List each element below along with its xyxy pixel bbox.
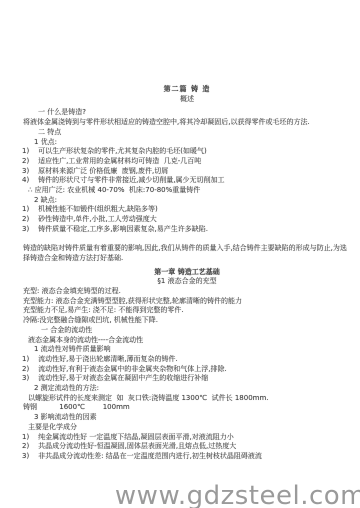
text-line: 2) 砂性铸造中,单件,小批,工人劳动强度大	[21, 215, 353, 225]
text-line: 2 测定流动性的方法:	[21, 384, 353, 394]
text-line: 将液体金属浇铸到与零件形状相适应的铸造空腔中,将其冷却凝固后,以获得零件或毛坯的…	[21, 118, 353, 128]
text-line: 1) 流动性好,易于浇出轮廓清晰,薄而复杂的铸件.	[21, 355, 353, 365]
text-line: 概述	[21, 95, 353, 105]
text-line: 第二篇 铸 造	[21, 85, 353, 95]
text-line: 液态金属本身的流动性----合金流动性	[21, 336, 353, 346]
scanned-document-page: 第二篇 铸 造概述一 什么是铸造?将液体金属浇铸到与零件形状相适应的铸造空腔中,…	[0, 0, 360, 508]
text-line: 充型: 液态合金填充铸型的过程.	[21, 287, 353, 297]
watermark-text: www.gdzsteel.com	[115, 481, 360, 508]
text-line: 1 优点:	[21, 138, 353, 148]
text-line: 铸造的缺陷对铸件质量有着重要的影响,因此,我们从铸件的质量入手,结合铸件主要缺陷…	[21, 244, 353, 263]
text-line: 2) 流动性好,有利于液态金属中的非金属夹杂物和气体上浮,排除.	[21, 365, 353, 375]
document-lines: 第二篇 铸 造概述一 什么是铸造?将液体金属浇铸到与零件形状相适应的铸造空腔中,…	[21, 85, 353, 462]
text-line: 充型能力不足,易产生: 浇不足: 不能得到完整的零件.	[21, 306, 353, 316]
text-line: 3 影响流动性的因素	[21, 413, 353, 423]
text-line: 3) 铸件质量不稳定,工序多,影响因素复杂,易产生许多缺陷.	[21, 225, 353, 235]
text-line: §1 液态合金的充型	[21, 277, 353, 287]
text-line: 冷隔:没完整融合缝隙或凹坑, 机械性能下降.	[21, 316, 353, 326]
text-line: ∴ 应用广泛: 农业机械 40-70% 机床:70-80%重量铸件	[21, 186, 353, 196]
text-line: 二 特点	[21, 128, 353, 138]
text-line: 3) 流动性好,易于对液态金属在凝固中产生的收缩进行补缩	[21, 374, 353, 384]
text-line: 1 流动性对铸件质量影响	[21, 345, 353, 355]
text-line: 铸钢 1600℃ 100mm	[21, 403, 353, 413]
text-line: 1) 可以生产形状复杂的零件,尤其复杂内腔的毛坯(如暖气)	[21, 147, 353, 157]
text-line	[21, 235, 353, 245]
text-line: 3) 原材料来源广泛 价格低廉 废钢,废件,切屑	[21, 167, 353, 177]
text-line: 2) 适应性广,工业常用的金属材料均可铸造 几克-几百吨	[21, 157, 353, 167]
text-line: 第一章 铸造工艺基础	[21, 268, 353, 278]
text-line: 4) 铸件的形状尺寸与零件非常接近,减少切削量,属少无切削加工	[21, 176, 353, 186]
text-line: 2 缺点:	[21, 196, 353, 206]
text-line: 主要是化学成分	[21, 423, 353, 433]
text-line: 2) 共晶成分流动性好-恒温凝固,固体层表面光滑,且熔点低,过热度大	[21, 442, 353, 452]
text-line: 一 合金的流动性	[21, 326, 353, 336]
text-line: 1) 纯金属流动性好 一定温度下结晶,凝固层表面平滑,对液流阻力小	[21, 433, 353, 443]
text-line: 一 什么是铸造?	[21, 108, 353, 118]
text-line: 1) 机械性能不如锻件(组织粗大,缺陷多等)	[21, 205, 353, 215]
text-line: 充型能力: 液态合金充满铸型型腔,获得形状完整,轮廓清晰的铸件的能力	[21, 297, 353, 307]
text-line: 3) 非共晶成分流动性差: 结晶在一定温度范围内进行,初生树枝状晶阻碍液流	[21, 452, 353, 462]
